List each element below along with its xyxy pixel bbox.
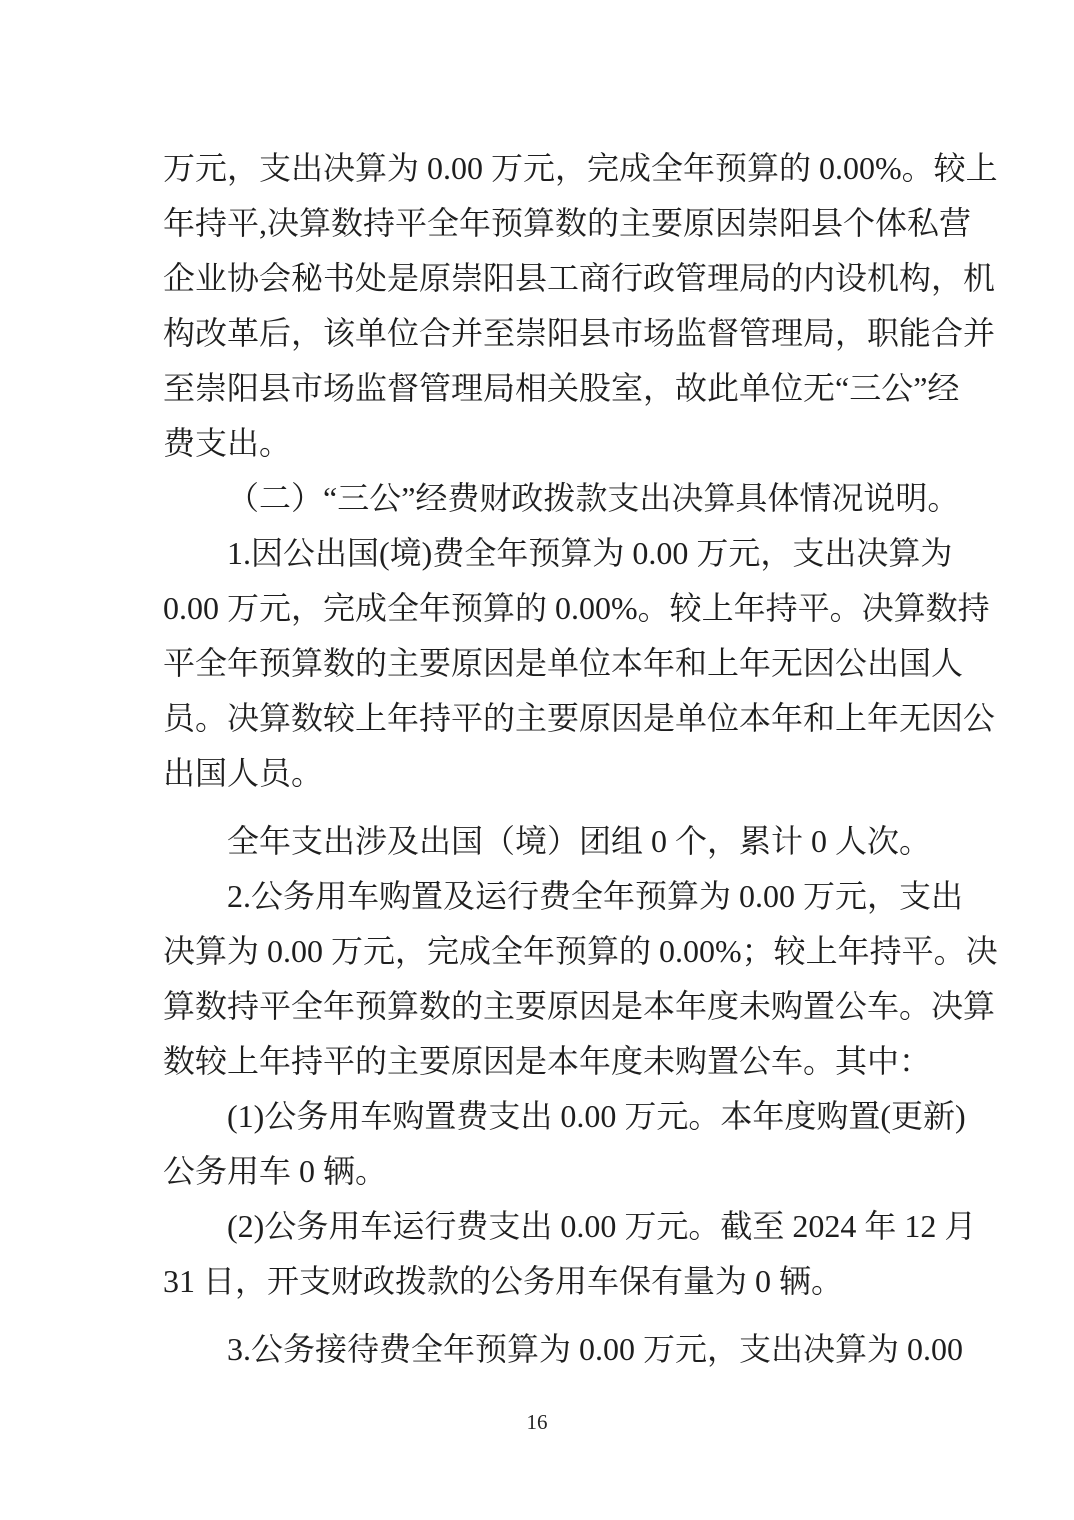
text-line: （二）“三公”经费财政拨款支出决算具体情况说明。: [163, 471, 930, 526]
text-line: 出国人员。: [163, 746, 930, 801]
para-carryover: 万元，支出决算为 0.00 万元，完成全年预算的 0.00%。较上 年持平,决算…: [163, 141, 930, 471]
text-line: 万元，支出决算为 0.00 万元，完成全年预算的 0.00%。较上: [163, 141, 930, 196]
text-line: 全年支出涉及出国（境）团组 0 个，累计 0 人次。: [163, 814, 930, 869]
para-item-2-vehicles: 2.公务用车购置及运行费全年预算为 0.00 万元，支出 决算为 0.00 万元…: [163, 869, 930, 1089]
para-outbound-groups: 全年支出涉及出国（境）团组 0 个，累计 0 人次。: [163, 814, 930, 869]
para-item-1-outbound: 1.因公出国(境)费全年预算为 0.00 万元，支出决算为 0.00 万元，完成…: [163, 526, 930, 801]
text-line: 公务用车 0 辆。: [163, 1144, 930, 1199]
text-line: 决算为 0.00 万元，完成全年预算的 0.00%；较上年持平。决: [163, 924, 930, 979]
text-line: 31 日，开支财政拨款的公务用车保有量为 0 辆。: [163, 1254, 930, 1309]
text-line: (1)公务用车购置费支出 0.00 万元。本年度购置(更新): [163, 1089, 930, 1144]
document-body: 万元，支出决算为 0.00 万元，完成全年预算的 0.00%。较上 年持平,决算…: [163, 141, 930, 1377]
text-line: 0.00 万元，完成全年预算的 0.00%。较上年持平。决算数持: [163, 581, 930, 636]
text-line: 平全年预算数的主要原因是单位本年和上年无因公出国人: [163, 636, 930, 691]
text-line: 构改革后，该单位合并至崇阳县市场监督管理局，职能合并: [163, 306, 930, 361]
text-line: 2.公务用车购置及运行费全年预算为 0.00 万元，支出: [163, 869, 930, 924]
text-line: 至崇阳县市场监督管理局相关股室，故此单位无“三公”经: [163, 361, 930, 416]
page-number: 16: [0, 1410, 1074, 1435]
heading-section-2: （二）“三公”经费财政拨款支出决算具体情况说明。: [163, 471, 930, 526]
text-line: 年持平,决算数持平全年预算数的主要原因崇阳县个体私营: [163, 196, 930, 251]
text-line: 1.因公出国(境)费全年预算为 0.00 万元，支出决算为: [163, 526, 930, 581]
document-page: 万元，支出决算为 0.00 万元，完成全年预算的 0.00%。较上 年持平,决算…: [0, 0, 1074, 1520]
text-line: 员。决算数较上年持平的主要原因是单位本年和上年无因公: [163, 691, 930, 746]
text-line: 3.公务接待费全年预算为 0.00 万元，支出决算为 0.00: [163, 1322, 930, 1377]
text-line: 数较上年持平的主要原因是本年度未购置公车。其中：: [163, 1034, 930, 1089]
text-line: 费支出。: [163, 416, 930, 471]
text-line: 算数持平全年预算数的主要原因是本年度未购置公车。决算: [163, 979, 930, 1034]
text-line: 企业协会秘书处是原崇阳县工商行政管理局的内设机构，机: [163, 251, 930, 306]
para-item-2-1-purchase: (1)公务用车购置费支出 0.00 万元。本年度购置(更新) 公务用车 0 辆。: [163, 1089, 930, 1199]
para-item-2-2-operation: (2)公务用车运行费支出 0.00 万元。截至 2024 年 12 月 31 日…: [163, 1199, 930, 1309]
para-item-3-reception: 3.公务接待费全年预算为 0.00 万元，支出决算为 0.00: [163, 1322, 930, 1377]
text-line: (2)公务用车运行费支出 0.00 万元。截至 2024 年 12 月: [163, 1199, 930, 1254]
